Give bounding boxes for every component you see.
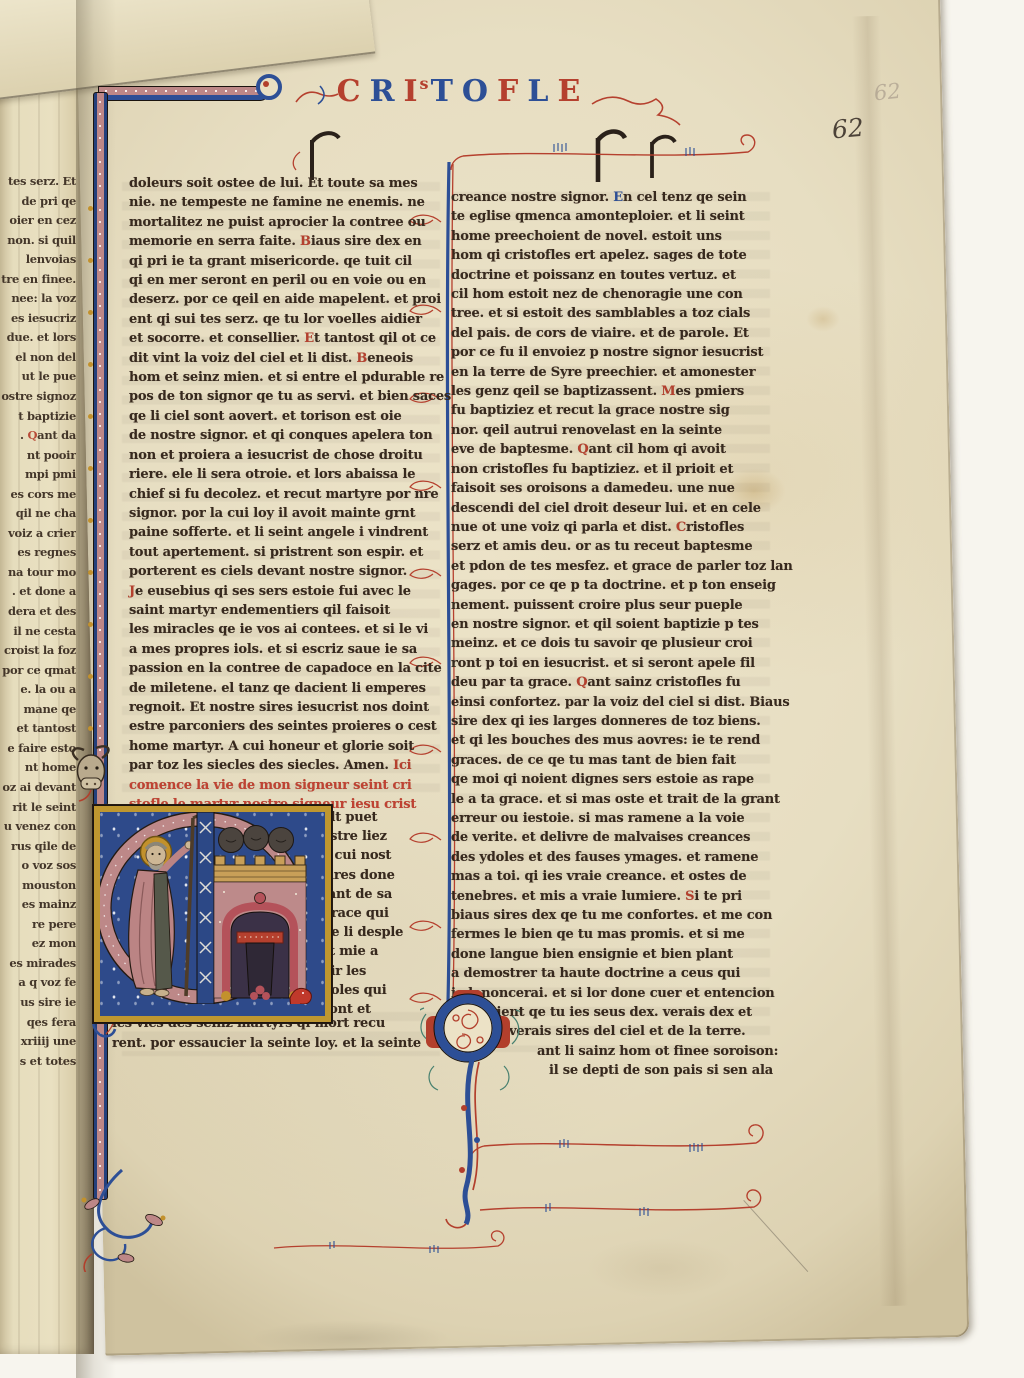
text-line: por ce fu il envoiez p nostre signor ies… bbox=[451, 343, 765, 362]
text-line: sires done bbox=[322, 866, 440, 885]
text-line: tree. et si estoit des samblables a toz … bbox=[451, 304, 765, 323]
text-line: nee: la voz bbox=[0, 289, 76, 309]
text-line: des ydoles et des fauses ymages. et rame… bbox=[451, 848, 765, 867]
text-line: creance nostre signor. En cel tenz qe se… bbox=[451, 188, 765, 207]
text-line: ostre signoz bbox=[0, 387, 76, 407]
historiated-initial-miniature bbox=[94, 806, 331, 1022]
text-line: tout apertement. si pristrent son espir.… bbox=[129, 543, 441, 562]
text-line: oir les bbox=[322, 962, 440, 981]
text-line: qi en mer seront en peril ou en voie ou … bbox=[129, 271, 441, 290]
text-line: estre liez bbox=[322, 827, 440, 846]
gold-bezants bbox=[88, 206, 93, 211]
text-line: paine sofferte. et li seint angele i vin… bbox=[129, 523, 441, 542]
text-line: lenvoias bbox=[0, 250, 76, 270]
text-line: ez mon bbox=[0, 934, 76, 954]
running-title-letter: L bbox=[527, 74, 557, 109]
text-line: croist la foz bbox=[0, 641, 76, 661]
text-line: mouston bbox=[0, 876, 76, 896]
text-line: les genz qeil se baptizassent. Mes pmier… bbox=[451, 382, 765, 401]
running-title-letter: F bbox=[497, 74, 527, 109]
text-line: comence la vie de mon signeur seint cri bbox=[129, 776, 441, 795]
text-line: voiz a crier bbox=[0, 524, 76, 544]
text-column-left: doleurs soit ostee de lui. Et toute sa m… bbox=[129, 174, 441, 814]
text-line: qil ne cha bbox=[0, 504, 76, 524]
text-line: deu par ta grace. Qant sainz cristofles … bbox=[451, 673, 765, 692]
text-line: et socorre. et consellier. Et tantost qi… bbox=[129, 329, 441, 348]
text-line: mortalitez ne puist aprocier la contree … bbox=[129, 213, 441, 232]
text-line: meinz. et ce dois tu savoir qe plusieur … bbox=[451, 634, 765, 653]
text-line: home preechoient de novel. estoit uns bbox=[451, 227, 765, 246]
text-line: el non del bbox=[0, 348, 76, 368]
text-line: us sire ie bbox=[0, 993, 76, 1013]
text-line: nt home bbox=[0, 758, 76, 778]
text-line: nor. qeil autrui renovelast en la seinte bbox=[451, 421, 765, 440]
text-line: rent. por essaucier la seinte loy. et la… bbox=[112, 1034, 444, 1054]
text-line: qes fera bbox=[0, 1013, 76, 1033]
text-line: il ne cesta bbox=[0, 622, 76, 642]
bar-border-arm bbox=[98, 86, 268, 101]
text-line: qi pri ie ta grant misericorde. qe tuit … bbox=[129, 252, 441, 271]
text-line: re pere bbox=[0, 915, 76, 935]
text-line: e faire esto bbox=[0, 739, 76, 759]
text-line: a mes propres iols. et si escriz saue ie… bbox=[129, 640, 441, 659]
puzzle-initial-q bbox=[420, 988, 520, 1236]
text-line: biaus sires dex qe tu me confortes. et m… bbox=[451, 906, 765, 925]
text-line: cil hom estoit nez de chenoragie une con bbox=[451, 285, 765, 304]
text-line: signor. por la cui loy il avoit mainte g… bbox=[129, 504, 441, 523]
running-title: CRIsTOFLE bbox=[318, 74, 608, 109]
text-line: doleurs soit ostee de lui. Et toute sa m… bbox=[129, 174, 441, 193]
text-line: es mirades bbox=[0, 954, 76, 974]
text-line: ne li desple bbox=[322, 923, 440, 942]
text-line: les miracles qe ie vos ai contees. et si… bbox=[129, 620, 441, 639]
text-line: gages. por ce qe p ta doctrine. et p ton… bbox=[451, 576, 765, 595]
text-line: oz ai devant bbox=[0, 778, 76, 798]
text-line: de verite. et delivre de malvaises crean… bbox=[451, 828, 765, 847]
text-line: par toz les siecles des siecles. Amen. I… bbox=[129, 756, 441, 775]
text-line: por ce qmat bbox=[0, 661, 76, 681]
text-line: mas a toi. qi ies vraie creance. et oste… bbox=[451, 867, 765, 886]
text-line: de miletene. el tanz qe dacient li emper… bbox=[129, 679, 441, 698]
text-line: serz et amis deu. or as tu receut baptes… bbox=[451, 537, 765, 556]
text-line: dit vint la voiz del ciel et li dist. Be… bbox=[129, 349, 441, 368]
text-line: olt puet bbox=[322, 808, 440, 827]
folio-number-pencil: 62 bbox=[873, 79, 902, 106]
text-line: erreur ou iestoie. si mas ramene a la vo… bbox=[451, 809, 765, 828]
text-line: ut le pue bbox=[0, 367, 76, 387]
running-title-letter: R bbox=[370, 74, 404, 109]
text-line: deserz. por ce qeil en aide mapelent. et… bbox=[129, 290, 441, 309]
text-line: oier en cez bbox=[0, 211, 76, 231]
manuscript-photograph: tes serz. Etde pri qeoier en ceznon. si … bbox=[0, 0, 1024, 1378]
text-line: t baptizie bbox=[0, 407, 76, 427]
text-line: es mainz bbox=[0, 895, 76, 915]
text-line: nue ot une voiz qi parla et dist. Cristo… bbox=[451, 518, 765, 537]
text-line: tant de sa bbox=[322, 885, 440, 904]
text-line: memorie en serra faite. Biaus sire dex e… bbox=[129, 232, 441, 251]
text-line: nt pooir bbox=[0, 446, 76, 466]
text-line: mpi pmi bbox=[0, 465, 76, 485]
saint-christopher-miniature bbox=[100, 812, 313, 1004]
text-line: riere. ele li sera otroie. et lors abais… bbox=[129, 465, 441, 484]
text-line: es cors me bbox=[0, 485, 76, 505]
text-line: nement. puissent croire plus seur pueple bbox=[451, 596, 765, 615]
folio-number-ink: 62 bbox=[831, 113, 865, 145]
text-line: tenebres. et mis a vraie lumiere. Si te … bbox=[451, 887, 765, 906]
text-line: rit le seint bbox=[0, 798, 76, 818]
text-line: porterent es ciels devant nostre signor. bbox=[129, 562, 441, 581]
stain bbox=[586, 1238, 736, 1298]
text-line: non et proiera a iesucrist de chose droi… bbox=[129, 446, 441, 465]
text-line: doctrine et poissanz en toutes vertuz. e… bbox=[451, 266, 765, 285]
text-line: non cristofles fu baptiziez. et il prioi… bbox=[451, 460, 765, 479]
text-line: na tour mo bbox=[0, 563, 76, 583]
text-line: rus qile de bbox=[0, 837, 76, 857]
text-line: pos de ton signor qe tu as servi. et bie… bbox=[129, 387, 441, 406]
text-line: estre parconiers des seintes proieres o … bbox=[129, 717, 441, 736]
text-line: a demostrer ta haute doctrine a ceus qui bbox=[451, 964, 765, 983]
text-line: grace qui bbox=[322, 904, 440, 923]
text-line: st mie a bbox=[322, 942, 440, 961]
text-line: tes serz. Et bbox=[0, 172, 76, 192]
text-line: faisoit ses oroisons a damedeu. une nue bbox=[451, 479, 765, 498]
text-line: chief si fu decolez. et recut martyre po… bbox=[129, 485, 441, 504]
text-line: descendi del ciel droit deseur lui. et e… bbox=[451, 499, 765, 518]
text-line: fu baptiziez et recut la grace nostre si… bbox=[451, 401, 765, 420]
text-line: es regnes bbox=[0, 543, 76, 563]
text-line: passion en la contree de capadoce en la … bbox=[129, 659, 441, 678]
running-title-letter: s bbox=[420, 74, 438, 93]
text-line: hom qi cristofles ert apelez. sages de t… bbox=[451, 246, 765, 265]
text-line: non. si quil bbox=[0, 231, 76, 251]
text-line: te eglise qmenca amonteploier. et li sei… bbox=[451, 207, 765, 226]
text-line: et tantost bbox=[0, 719, 76, 739]
text-column-right: creance nostre signor. En cel tenz qe se… bbox=[451, 188, 765, 1081]
text-line: e. la ou a bbox=[0, 680, 76, 700]
text-line: a cui nost bbox=[322, 846, 440, 865]
text-line: tre en finee. bbox=[0, 270, 76, 290]
text-line: nie. ne tempeste ne famine ne enemis. ne bbox=[129, 193, 441, 212]
running-title-letter: E bbox=[557, 74, 589, 109]
text-line: hom et seinz mien. et si entre el pdurab… bbox=[129, 368, 441, 387]
text-line: eve de baptesme. Qant cil hom qi avoit bbox=[451, 440, 765, 459]
text-line: le a ta grace. et si mas oste et trait d… bbox=[451, 790, 765, 809]
running-title-letter: O bbox=[462, 74, 497, 109]
text-line: mane qe bbox=[0, 700, 76, 720]
text-line: saint martyr endementiers qil faisoit bbox=[129, 601, 441, 620]
text-line: de nostre signor. et qi conques apelera … bbox=[129, 426, 441, 445]
text-line: ront p toi en iesucrist. et si seront ap… bbox=[451, 654, 765, 673]
city-gate-scene bbox=[214, 826, 306, 1002]
text-line: es iesucriz bbox=[0, 309, 76, 329]
bar-border-vertical-lower bbox=[93, 1012, 108, 1200]
text-line: regnoit. Et nostre sires iesucrist nos d… bbox=[129, 698, 441, 717]
text-line: fermes le bien qe tu mas promis. et si m… bbox=[451, 925, 765, 944]
facing-page-text-fragments: tes serz. Etde pri qeoier en ceznon. si … bbox=[0, 172, 76, 1072]
text-line: graces. de ce qe tu mas tant de bien fai… bbox=[451, 751, 765, 770]
text-line: . Qant da bbox=[0, 426, 76, 446]
bar-border-vertical bbox=[93, 92, 108, 806]
text-line: home martyr. A cui honeur et glorie soit bbox=[129, 737, 441, 756]
text-line: xriiij une bbox=[0, 1032, 76, 1052]
running-title-letter: C bbox=[337, 74, 370, 109]
text-line: qe li ciel sont aovert. et torison est o… bbox=[129, 407, 441, 426]
text-line: . et done a bbox=[0, 582, 76, 602]
text-line: done langue bien ensignie et bien plant bbox=[451, 945, 765, 964]
bar-border-curl bbox=[256, 74, 282, 100]
text-line: en nostre signor. et qil soient baptizie… bbox=[451, 615, 765, 634]
text-line: en la terre de Syre preechier. et amones… bbox=[451, 363, 765, 382]
text-line: s et totes bbox=[0, 1052, 76, 1072]
text-line: del pais. de cors de viaire. et de parol… bbox=[451, 324, 765, 343]
text-line: einsi confortez. par la voiz del ciel si… bbox=[451, 693, 765, 712]
text-line: qe moi qi noient dignes sers estoie as r… bbox=[451, 770, 765, 789]
stain bbox=[806, 306, 840, 332]
stain bbox=[250, 1320, 450, 1356]
text-line: u venez con bbox=[0, 817, 76, 837]
text-line: et qi les bouches des mus aovres: ie te … bbox=[451, 731, 765, 750]
text-line: due. et lors bbox=[0, 328, 76, 348]
text-line: o voz sos bbox=[0, 856, 76, 876]
text-line: et pdon de tes mesfez. et grace de parle… bbox=[451, 557, 765, 576]
text-line: Je eusebius qi ses sers estoie fui avec … bbox=[129, 582, 441, 601]
text-line: ent qi sui tes serz. qe tu lor voelles a… bbox=[129, 310, 441, 329]
text-line: a q voz fe bbox=[0, 973, 76, 993]
text-line: dera et des bbox=[0, 602, 76, 622]
text-line: de pri qe bbox=[0, 192, 76, 212]
text-line: sire dex qi ies larges donneres de toz b… bbox=[451, 712, 765, 731]
